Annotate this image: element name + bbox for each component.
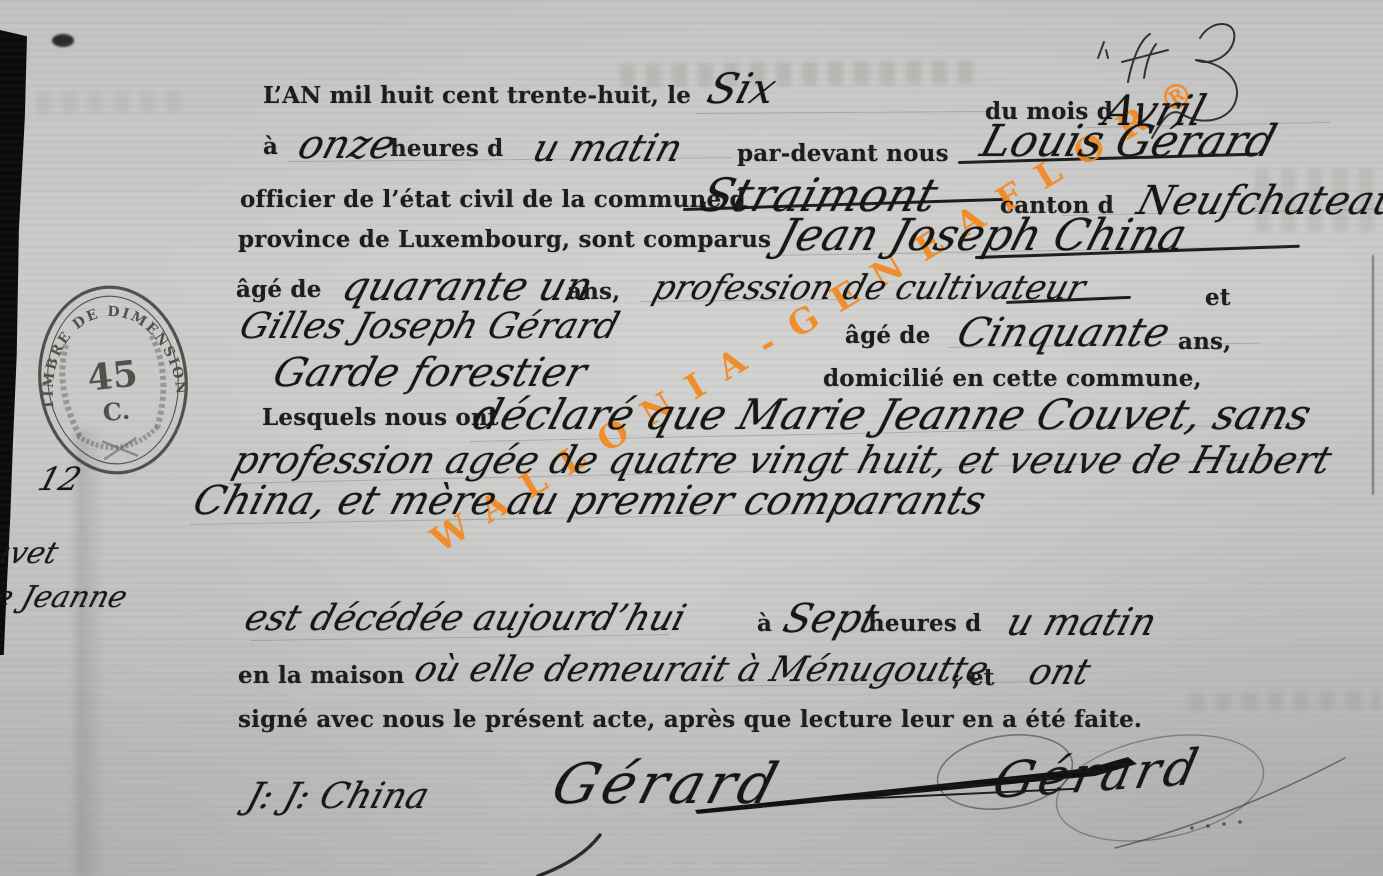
scanned-death-record-page: WALLONIA-GENEAFLOR® TIMBRE DE DIMENSION … — [0, 0, 1383, 876]
signature-heavy-stroke — [695, 757, 1137, 814]
signature-flourishes — [0, 0, 1383, 876]
